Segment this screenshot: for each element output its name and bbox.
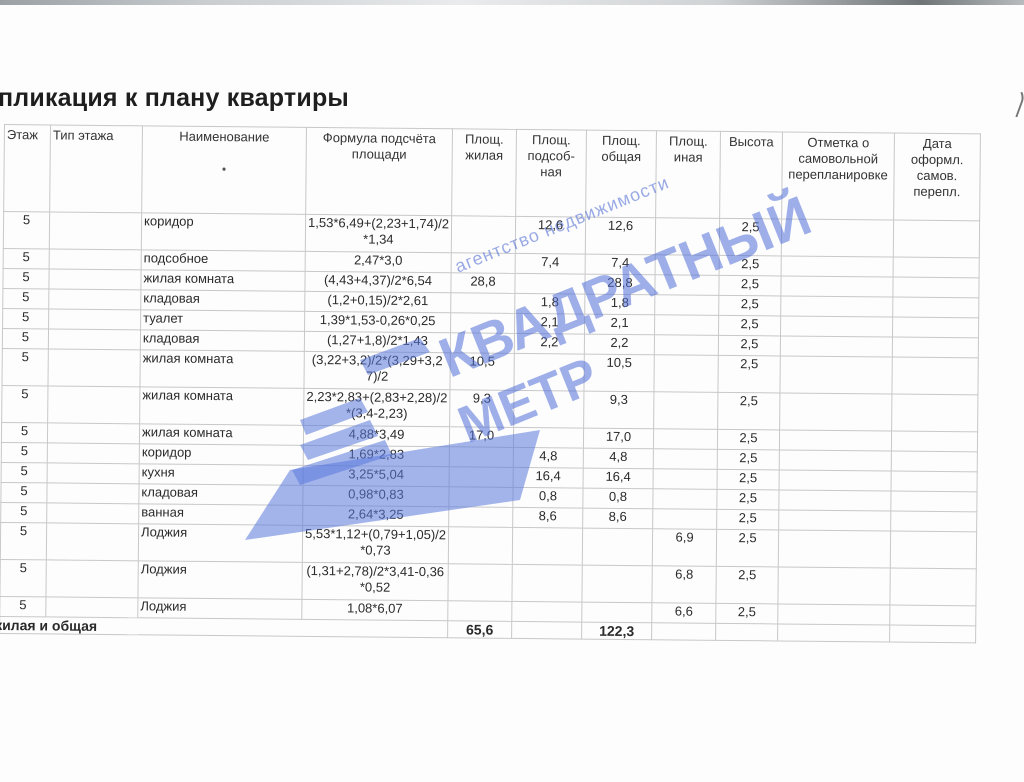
cell-area-aux: 16,4 [513,467,583,488]
table-header-row: Этаж Тип этажа Наименование • Формула по… [4,125,981,221]
cell-area-living [448,601,512,622]
cell-name: жилая комната [141,270,305,292]
total-other [652,623,716,641]
cell-area-aux: 1,8 [515,293,585,314]
cell-mark [781,256,893,277]
cell-floor-type [47,463,139,484]
cell-area-living [449,507,513,528]
cell-floor-type [49,289,141,310]
header-area-other: Площ. иная [656,131,721,219]
cell-floor: 5 [3,212,49,249]
cell-area-other [653,489,717,510]
cell-formula: 3,25*5,04 [303,465,449,486]
total-aux [512,621,582,639]
cell-floor-type [46,560,138,598]
cell-area-living: 28,8 [451,273,515,294]
cell-floor-type [49,269,141,290]
cell-formula: (4,43+4,37)/2*6,54 [305,271,451,292]
cell-area-total: 10,5 [584,354,654,392]
cell-name: кладовая [141,290,305,312]
cell-area-other [655,295,719,316]
cell-floor: 5 [3,268,49,288]
cell-area-aux: 2,1 [515,313,585,334]
cell-floor: 5 [2,385,48,422]
cell-name: жилая комната [140,350,304,389]
cell-formula: 2,64*3,25 [303,505,449,526]
cell-height: 2,5 [718,335,780,356]
cell-floor-type [49,309,141,330]
cell-formula: (1,27+1,8)/2*1,43 [304,331,450,352]
cell-date [892,357,978,395]
cell-area-living [450,333,514,354]
cell-height: 2,5 [717,449,779,470]
cell-date [893,297,979,318]
cell-area-total: 28,8 [585,274,655,295]
cell-floor-type [49,249,141,270]
cell-height: 2,5 [716,603,778,624]
cell-mark [778,604,890,625]
cell-date [892,317,978,338]
cell-floor-type [48,386,140,424]
cell-formula: 0,98*0,83 [303,485,449,506]
cell-area-total: 1,8 [585,294,655,315]
cell-floor-type [47,423,139,444]
cell-formula: 1,53*6,49+(2,23+1,74)/2*1,34 [305,214,451,252]
cell-area-other [654,355,718,393]
header-area-aux: Площ. подсоб-ная [516,129,587,217]
cell-floor-type [47,483,139,504]
cell-date [893,277,979,298]
cell-area-total: 4,8 [583,448,653,469]
header-floor-type: Тип этажа [50,125,143,213]
cell-formula: 1,69*2,83 [303,445,449,466]
cell-date [893,257,979,278]
cell-area-total [582,602,652,623]
cell-formula: (1,2+0,15)/2*2,61 [305,291,451,312]
cell-area-aux: 8,6 [513,507,583,528]
cell-name: Лоджия [138,561,302,600]
cell-area-living: 17,0 [449,427,513,448]
header-floor: Этаж [4,125,51,212]
cell-area-total [582,565,652,603]
cell-height: 2,5 [716,529,778,567]
cell-area-living [451,216,515,254]
cell-formula: 2,23*2,83+(2,83+2,28)/2*(3,4-2,23) [304,388,450,426]
cell-area-living [449,447,513,468]
cell-floor-type [48,329,140,350]
cell-area-other [655,218,719,256]
cell-name: кладовая [139,484,303,506]
cell-formula: 1,39*1,53-0,26*0,25 [305,311,451,332]
cell-date [891,511,977,532]
cell-area-other [655,255,719,276]
cell-area-other [654,335,718,356]
header-formula: Формула подсчёта площади [306,127,453,215]
cell-height: 2,5 [719,218,781,256]
cell-area-aux: 2,2 [514,333,584,354]
cell-area-other [653,449,717,470]
cell-mark [781,219,893,257]
cell-formula: 2,47*3,0 [305,251,451,272]
cell-name: жилая комната [140,387,304,426]
cell-formula: 1,08*6,07 [302,599,448,620]
total-area: 122,3 [582,622,652,640]
cell-mark [778,530,890,568]
cell-height: 2,5 [718,392,780,430]
cell-area-total [582,528,652,566]
cell-area-living [449,467,513,488]
cell-floor: 5 [2,328,48,348]
cell-mark [778,567,890,605]
cell-floor: 5 [0,559,46,596]
cell-height: 2,5 [717,469,779,490]
cell-area-total: 2,2 [584,334,654,355]
cell-date [891,431,977,452]
cell-area-other: 6,9 [652,529,716,567]
header-mark: Отметка о самовольной перепланировке [782,132,895,220]
cell-floor: 5 [1,502,47,522]
cell-height: 2,5 [716,566,778,604]
cell-name: коридор [141,213,305,252]
cell-area-other [655,275,719,296]
cell-area-aux [512,527,582,565]
cell-mark [779,490,891,511]
cell-area-other [653,509,717,530]
cell-date [890,531,976,569]
page-title: пликация к плану квартиры [0,84,349,113]
cell-floor-type [47,443,139,464]
total-date [890,625,976,643]
cell-area-other [653,429,717,450]
cell-area-other [653,469,717,490]
cell-area-living [451,313,515,334]
cell-formula: 4,88*3,49 [303,425,449,446]
cell-floor: 5 [1,422,47,442]
cell-name: Лоджия [138,524,302,563]
cell-area-total: 17,0 [583,428,653,449]
cell-height: 2,5 [718,355,780,393]
cell-mark [780,336,892,357]
cell-area-aux: 4,8 [513,447,583,468]
scan-top-edge [0,0,1024,5]
cell-name: коридор [139,444,303,466]
cell-date [891,491,977,512]
cell-date [893,220,979,258]
scan-corner-mark [998,82,1024,117]
cell-formula: (1,31+2,78)/2*3,41-0,36*0,52 [302,562,448,600]
cell-height: 2,5 [717,509,779,530]
cell-mark [779,430,891,451]
cell-date [890,605,976,626]
cell-area-total: 7,4 [585,254,655,275]
cell-height: 2,5 [717,429,779,450]
header-date: Дата оформл. самов. перепл. [894,133,981,221]
cell-date [892,337,978,358]
cell-mark [780,356,892,394]
cell-mark [779,450,891,471]
cell-height: 2,5 [719,295,781,316]
cell-floor: 5 [3,288,49,308]
cell-area-living [448,564,512,602]
cell-area-aux [515,273,585,294]
header-height: Высота [720,131,783,219]
cell-name: Лоджия [138,598,302,620]
cell-area-other [654,392,718,430]
cell-area-aux: 12,6 [515,216,585,254]
cell-floor: 5 [3,308,49,328]
cell-name: ванная [139,504,303,526]
header-area-total: Площ. общая [586,130,657,218]
cell-area-living [448,527,512,565]
cell-mark [781,276,893,297]
header-area-living: Площ. жилая [452,129,517,217]
cell-area-aux: 7,4 [515,253,585,274]
cell-floor: 5 [1,442,47,462]
explication-table: Этаж Тип этажа Наименование • Формула по… [0,124,981,643]
cell-mark [779,470,891,491]
cell-mark [781,316,893,337]
cell-height: 2,5 [719,315,781,336]
cell-date [890,568,976,606]
cell-floor: 5 [0,522,46,559]
cell-height: 2,5 [719,275,781,296]
cell-floor: 5 [1,482,47,502]
total-mark [778,624,890,642]
cell-mark [779,510,891,531]
cell-area-aux [514,390,584,428]
cell-floor-type [47,503,139,524]
cell-area-aux [514,353,584,391]
cell-floor-type [48,349,140,387]
cell-area-living: 9,3 [450,390,514,428]
cell-area-total: 0,8 [583,488,653,509]
cell-formula: (3,22+3,2)/2*(3,29+3,27)/2 [304,351,450,389]
cell-area-aux: 0,8 [513,487,583,508]
cell-area-other [655,315,719,336]
total-living: 65,6 [448,621,512,639]
header-name: Наименование • [142,126,307,215]
cell-floor-type [49,212,141,250]
cell-area-total: 2,1 [585,314,655,335]
header-dot: • [145,160,304,178]
cell-area-total: 9,3 [584,391,654,429]
cell-name: туалет [141,310,305,332]
cell-floor: 5 [3,248,49,268]
cell-area-total: 16,4 [583,468,653,489]
cell-area-aux [512,601,582,622]
cell-name: подсобное [141,250,305,272]
cell-area-living [449,487,513,508]
header-name-label: Наименование [179,129,269,145]
cell-formula: 5,53*1,12+(0,79+1,05)/2*0,73 [302,525,448,563]
cell-date [891,471,977,492]
cell-date [892,394,978,432]
cell-area-other: 6,6 [652,603,716,624]
cell-floor: 5 [0,596,46,616]
cell-area-living [451,253,515,274]
cell-area-living [451,293,515,314]
total-label: жилая и общая [0,616,440,637]
cell-floor-type [46,597,138,618]
cell-height: 2,5 [719,255,781,276]
cell-floor-type [46,523,138,561]
cell-area-living: 10,5 [450,353,514,391]
cell-name: жилая комната [139,424,303,446]
cell-floor: 5 [2,348,48,385]
cell-date [891,451,977,472]
cell-floor: 5 [1,462,47,482]
cell-area-other: 6,8 [652,566,716,604]
cell-mark [780,393,892,431]
cell-name: кухня [139,464,303,486]
total-height [716,623,778,641]
cell-mark [781,296,893,317]
cell-area-total: 8,6 [583,508,653,529]
cell-area-total: 12,6 [585,217,655,255]
cell-name: кладовая [140,330,304,352]
cell-height: 2,5 [717,489,779,510]
cell-area-aux [513,427,583,448]
cell-area-aux [512,564,582,602]
